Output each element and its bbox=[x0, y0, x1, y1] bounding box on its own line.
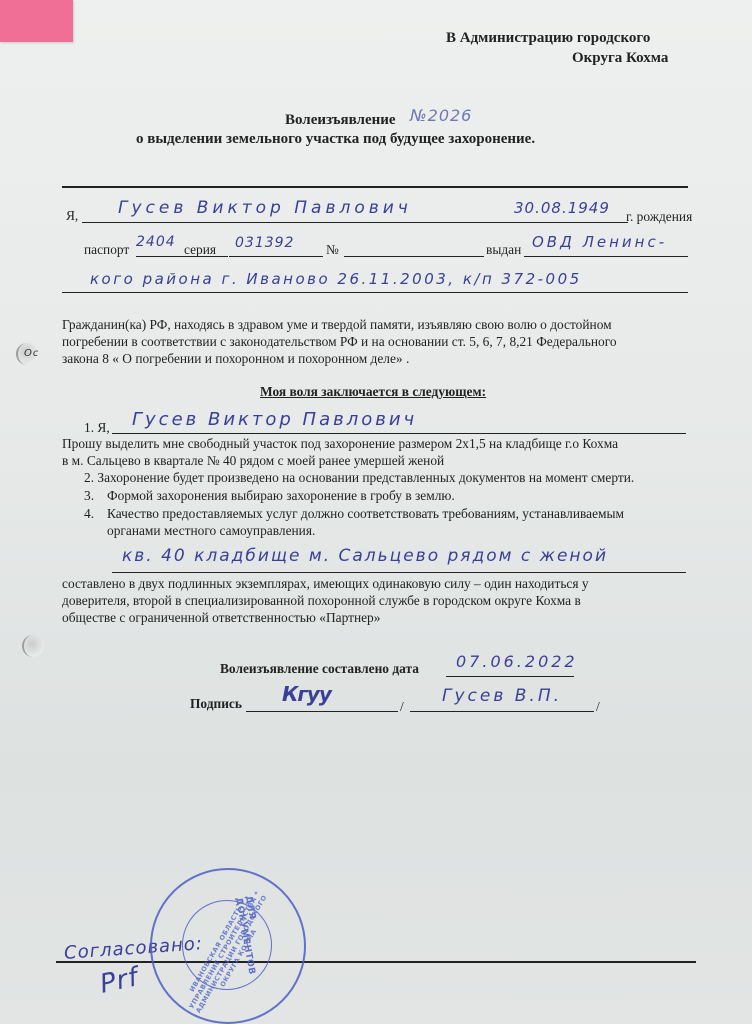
item-1-name-line bbox=[112, 433, 686, 434]
issued-label: выдан bbox=[486, 241, 521, 258]
passport-number-line bbox=[229, 256, 323, 257]
passport-label: паспорт bbox=[84, 241, 129, 258]
handwritten-document-number: №2026 bbox=[410, 106, 472, 125]
item-4-line-2: органами местного самоуправления. bbox=[107, 522, 315, 539]
signature-scribble: Кгуу bbox=[282, 682, 331, 706]
birth-suffix: г. рождения bbox=[626, 208, 692, 225]
document-subtitle: о выделении земельного участка под будущ… bbox=[136, 131, 535, 148]
item-3-number: 3. bbox=[84, 487, 94, 504]
item-1-name-field: Гусев Виктор Павлович bbox=[132, 409, 417, 430]
punch-hole-bottom bbox=[22, 635, 44, 657]
closing-line-3: обществе с ограниченной ответственностью… bbox=[62, 609, 380, 626]
item-1-label: 1. Я, bbox=[84, 419, 110, 436]
ya-label: Я, bbox=[66, 207, 78, 224]
official-stamp: ИВАНОВСКАЯ ОБЛАСТЬ * УПРАВЛЕНИЕ СТРОИТЕЛ… bbox=[150, 868, 306, 1024]
date-field-line bbox=[446, 676, 574, 677]
handwritten-note: кв. 40 кладбище м. Сальцево рядом с жено… bbox=[122, 546, 608, 566]
preamble-line-1: Гражданин(ка) РФ, находясь в здравом уме… bbox=[62, 316, 612, 333]
number-label: № bbox=[326, 241, 339, 258]
item-1-text-line-2: в м. Сальцево в квартале № 40 рядом с мо… bbox=[62, 452, 444, 469]
handwritten-note-line bbox=[112, 572, 686, 573]
name-field-line bbox=[82, 222, 628, 223]
signature-separator-1: / bbox=[400, 698, 404, 715]
issued-by-field-2: кого района г. Иваново 26.11.2003, к/п 3… bbox=[90, 270, 582, 288]
full-name-field: Гусев Виктор Павлович bbox=[118, 198, 412, 218]
addressee-line-1: В Администрацию городского bbox=[446, 30, 650, 47]
item-3: Формой захоронения выбираю захоронение в… bbox=[107, 487, 455, 504]
passport-number-field: 031392 bbox=[235, 235, 294, 251]
item-2: 2. Захоронение будет произведено на осно… bbox=[84, 469, 634, 486]
margin-note: Ос bbox=[24, 348, 39, 359]
preamble-line-2: погребении в соответствии с законодатель… bbox=[62, 333, 617, 350]
signature-field-line bbox=[246, 711, 398, 712]
approval-initials: Prf bbox=[97, 962, 141, 999]
document-page: В Администрацию городского Округа Кохма … bbox=[0, 0, 752, 1024]
date-field: 07.06.2022 bbox=[456, 652, 578, 671]
signature-name-line bbox=[410, 711, 594, 712]
signature-name: Гусев В.П. bbox=[442, 686, 562, 706]
issued-by-field-1: ОВД Ленинс- bbox=[532, 233, 667, 251]
signature-label: Подпись bbox=[190, 696, 242, 712]
preamble-line-3: закона 8 « О погребении и похоронном и п… bbox=[62, 350, 409, 367]
sticky-note bbox=[0, 0, 73, 42]
addressee-line-2: Округа Кохма bbox=[572, 50, 668, 67]
issued-by-line-1 bbox=[524, 256, 688, 257]
number-blank-line bbox=[344, 256, 484, 257]
document-title: Волеизъявление bbox=[285, 112, 396, 129]
title-divider bbox=[62, 186, 688, 188]
series-label: серия bbox=[184, 241, 216, 258]
will-heading: Моя воля заключается в следующем: bbox=[260, 384, 486, 400]
item-4-number: 4. bbox=[84, 505, 94, 522]
passport-series-field: 2404 bbox=[136, 234, 176, 250]
item-1-text-line-1: Прошу выделить мне свободный участок под… bbox=[62, 435, 618, 452]
signature-separator-2: / bbox=[596, 698, 600, 715]
closing-line-2: доверителя, второй в специализированной … bbox=[62, 592, 581, 609]
closing-line-1: составлено в двух подлинных экземплярах,… bbox=[62, 575, 589, 592]
issued-by-line-2 bbox=[62, 292, 688, 293]
birth-date-field: 30.08.1949 bbox=[514, 199, 610, 217]
item-4-line-1: Качество предоставляемых услуг должно со… bbox=[107, 505, 624, 522]
date-label: Волеизъявление составлено дата bbox=[220, 661, 419, 677]
